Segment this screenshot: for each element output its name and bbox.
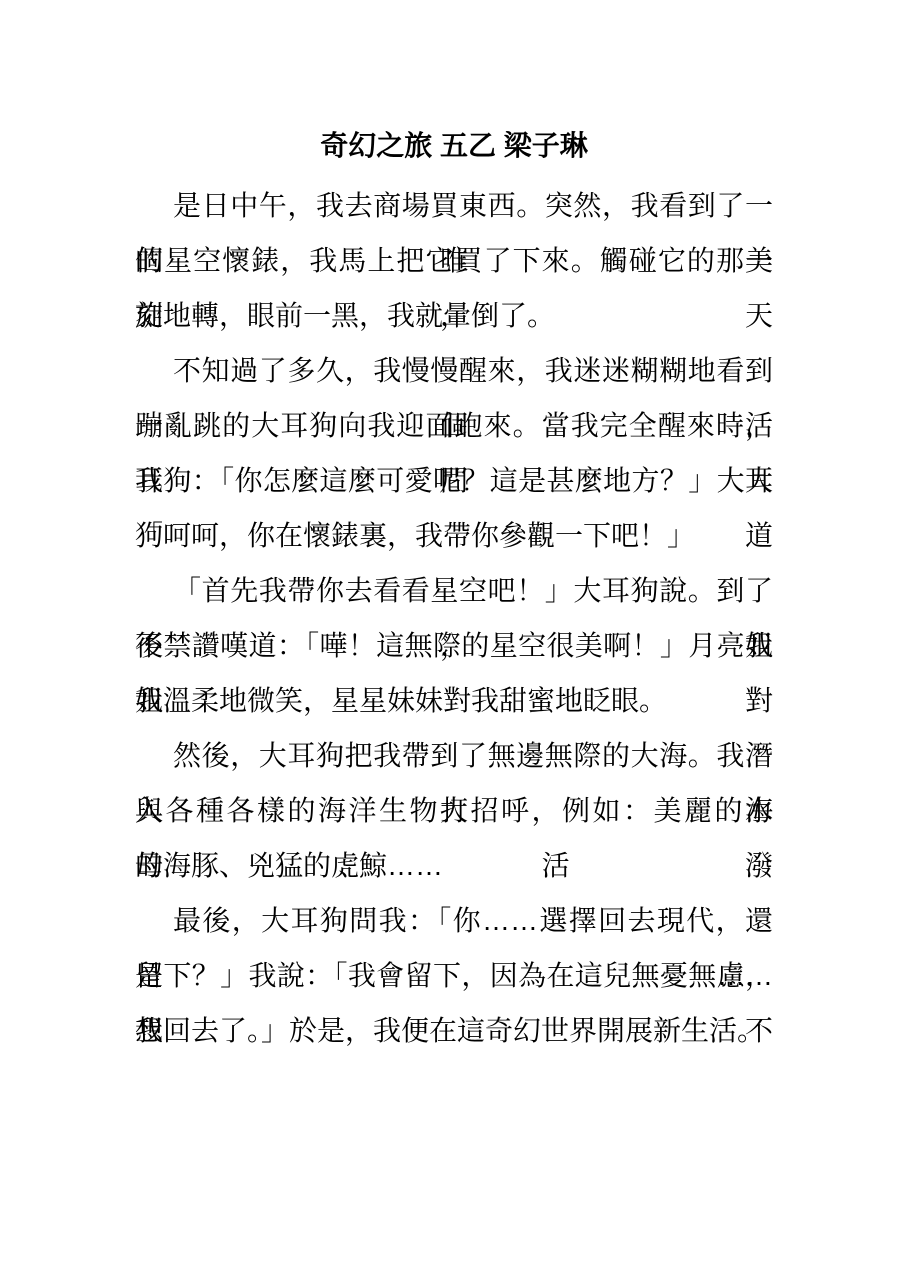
paragraph: 不知過了多久，我慢慢醒來，我迷迷糊糊地看到一個活蹦亂跳的大耳狗向我迎面跑來。當我…: [135, 343, 773, 563]
text-line: 「呵呵，你在懷錶裏，我帶你參觀一下吧！」: [135, 508, 773, 563]
text-line: 的星空懷錶，我馬上把它買了下來。觸碰它的那一刻，天: [135, 233, 773, 288]
text-line: 與各種各樣的海洋生物打招呼，例如：美麗的水母、活潑: [135, 783, 773, 838]
text-line: 留下？」我說：「我會留下，因為在這兒無憂無慮，我不: [135, 948, 773, 1003]
paragraph: 是日中午，我去商場買東西。突然，我看到了一個唯美的星空懷錶，我馬上把它買了下來。…: [135, 178, 773, 343]
document-page: 奇幻之旅 五乙 梁子琳 是日中午，我去商場買東西。突然，我看到了一個唯美的星空懷…: [0, 0, 905, 1280]
paragraph: 然後，大耳狗把我帶到了無邊無際的大海。我潛入大海與各種各樣的海洋生物打招呼，例如…: [135, 728, 773, 893]
text-line: 蹦亂跳的大耳狗向我迎面跑來。當我完全醒來時，我問大: [135, 398, 773, 453]
text-line: 「首先我帶你去看看星空吧！」大耳狗說。到了後，我: [135, 563, 773, 618]
text-line: 最後，大耳狗問我：「你……選擇回去現代，還是……: [135, 893, 773, 948]
text-line: 不知過了多久，我慢慢醒來，我迷迷糊糊地看到一個活: [135, 343, 773, 398]
text-line: 耳狗：「你怎麼這麼可愛呢？這是甚麼地方？」大耳狗道: [135, 453, 773, 508]
essay-title: 奇幻之旅 五乙 梁子琳: [135, 130, 773, 162]
text-line: 是日中午，我去商場買東西。突然，我看到了一個唯美: [135, 178, 773, 233]
paragraph: 「首先我帶你去看看星空吧！」大耳狗說。到了後，我不禁讚嘆道：「嘩！這無際的星空很…: [135, 563, 773, 728]
text-line: 不禁讚嘆道：「嘩！這無際的星空很美啊！」月亮姐姐對: [135, 618, 773, 673]
text-line: 想回去了。」於是，我便在這奇幻世界開展新生活。: [135, 1003, 773, 1058]
essay-body: 是日中午，我去商場買東西。突然，我看到了一個唯美的星空懷錶，我馬上把它買了下來。…: [135, 178, 773, 1058]
text-line: 然後，大耳狗把我帶到了無邊無際的大海。我潛入大海: [135, 728, 773, 783]
paragraph: 最後，大耳狗問我：「你……選擇回去現代，還是……留下？」我說：「我會留下，因為在…: [135, 893, 773, 1058]
